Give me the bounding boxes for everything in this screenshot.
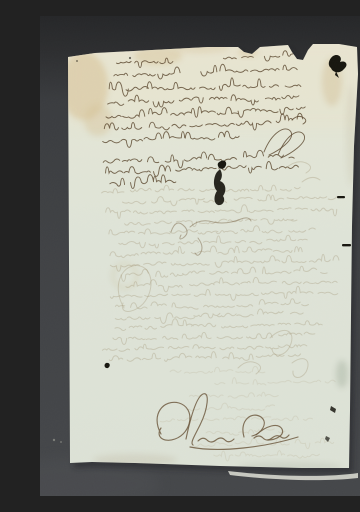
manuscript-photo-canvas [40, 16, 360, 496]
photo-grain [40, 16, 360, 496]
manuscript-photo: Aged handwritten manuscript leaf photogr… [40, 16, 360, 496]
